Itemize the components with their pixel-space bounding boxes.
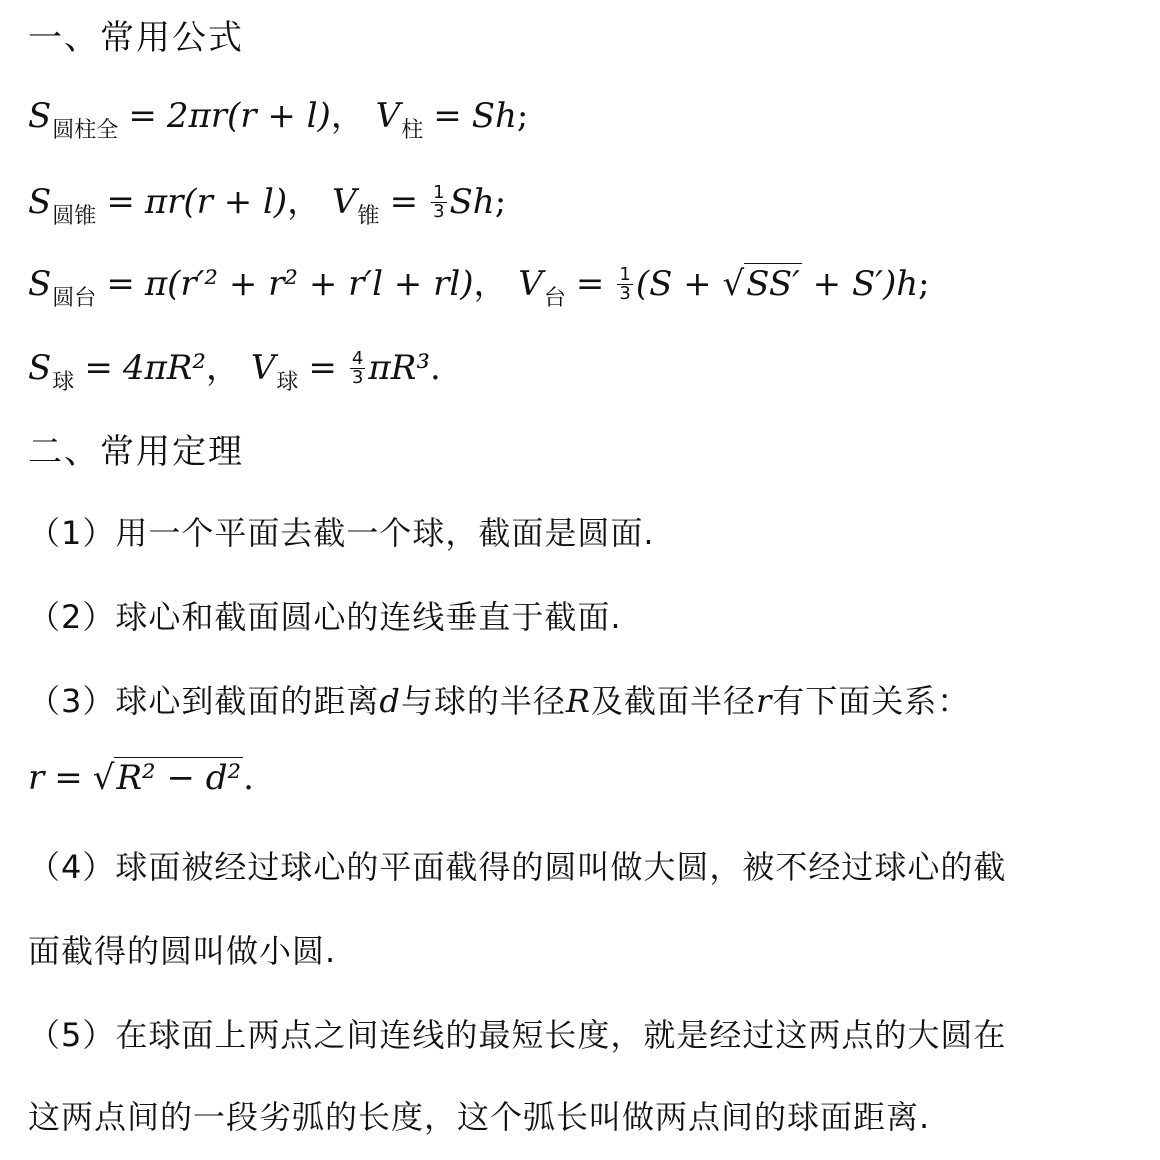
formula-cylinder: S圆柱全=2πr(r + l)， V柱=Sh;: [28, 88, 528, 137]
subscript: 锥: [358, 204, 380, 229]
rhs: 4πR²: [123, 348, 206, 388]
theorem-1: （1）用一个平面去截一个球，截面是圆面.: [28, 508, 655, 554]
separator: ，: [206, 348, 240, 388]
end: ;: [495, 182, 506, 222]
end: ;: [918, 264, 929, 304]
formula-frustum: S圆台=π(r′² + r² + r′l + rl)， V台=13(S + √S…: [28, 256, 930, 305]
rhs: Sh: [472, 96, 517, 136]
rhs: πr(r + l): [145, 182, 287, 222]
theorem-5-line2: 这两点间的一段劣弧的长度，这个弧长叫做两点间的球面距离.: [28, 1092, 930, 1138]
rhs-part: (S +: [636, 264, 723, 304]
rhs: 2πr(r + l): [167, 96, 331, 136]
rhs: πR³: [368, 348, 430, 388]
formula-cone: S圆锥=πr(r + l)， V锥=13Sh;: [28, 174, 506, 223]
theorem-3: （3）球心到截面的距离d与球的半径R及截面半径r有下面关系：: [28, 676, 970, 722]
sqrt: √R² − d²: [93, 758, 243, 798]
section1-heading: 一、常用公式: [28, 10, 244, 59]
theorem-2: （2）球心和截面圆心的连线垂直于截面.: [28, 592, 622, 638]
separator: ，: [473, 264, 507, 304]
subscript: 台: [544, 286, 566, 311]
end: ;: [517, 96, 528, 136]
separator: ，: [287, 182, 321, 222]
formula-sphere: S球=4πR²， V球=43πR³.: [28, 340, 441, 389]
theorem-3-equation: r=√R² − d².: [28, 758, 254, 798]
fraction: 13: [431, 184, 446, 221]
subscript: 圆台: [52, 286, 96, 311]
subscript: 球: [276, 370, 298, 395]
fraction: 13: [617, 266, 632, 303]
rhs-part: + S′)h: [802, 264, 918, 304]
subscript: 圆柱全: [52, 118, 118, 143]
subscript: 柱: [401, 118, 423, 143]
theorem-5-line1: （5）在球面上两点之间连线的最短长度，就是经过这两点的大圆在: [28, 1010, 1006, 1056]
subscript: 球: [52, 370, 74, 395]
end: .: [430, 348, 441, 388]
subscript: 圆锥: [52, 204, 96, 229]
rhs: Sh: [450, 182, 495, 222]
theorem-4-line1: （4）球面被经过球心的平面截得的圆叫做大圆，被不经过球心的截: [28, 842, 1006, 888]
fraction: 43: [350, 350, 365, 387]
theorem-4-line2: 面截得的圆叫做小圆.: [28, 926, 336, 972]
separator: ，: [331, 96, 365, 136]
rhs: π(r′² + r² + r′l + rl): [145, 264, 474, 304]
section2-heading: 二、常用定理: [28, 424, 244, 473]
sqrt: √SS′: [722, 264, 801, 304]
